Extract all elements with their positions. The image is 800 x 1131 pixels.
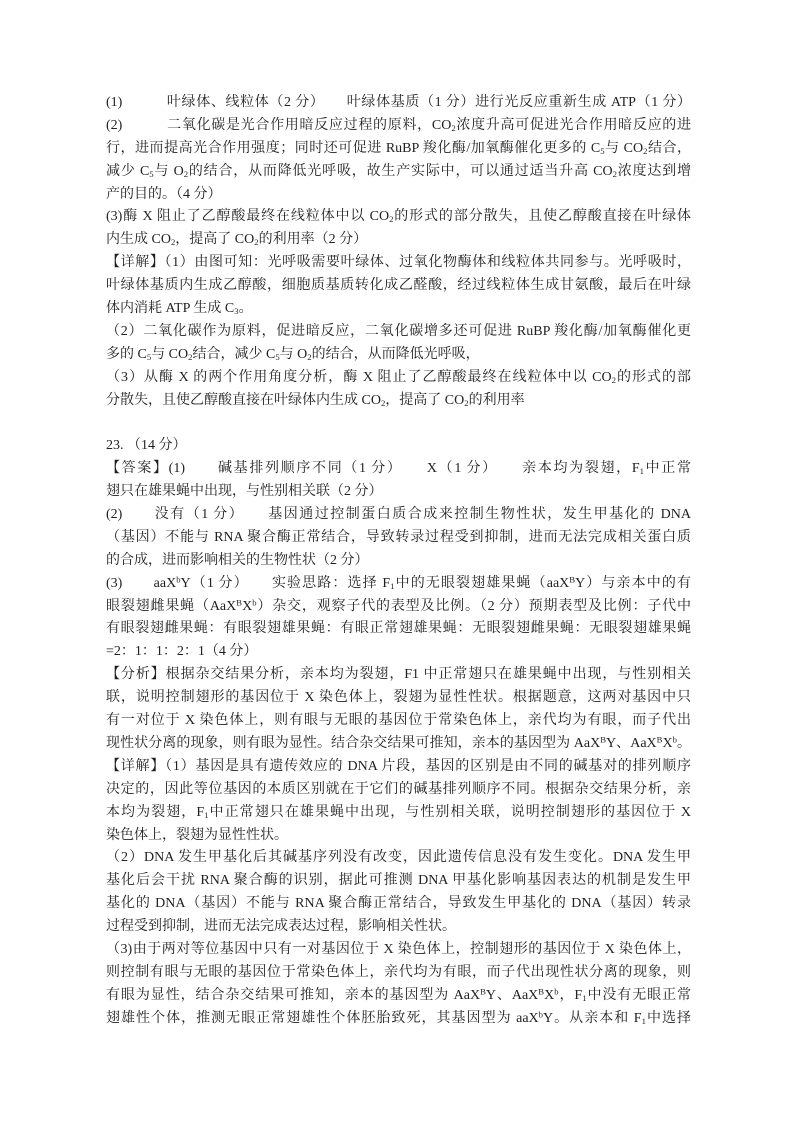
text-line: 23. （14 分） <box>106 435 691 458</box>
text-run: 结合， <box>647 141 691 156</box>
text-run: 内生成 CO <box>106 232 171 247</box>
text-run: Y、AaX <box>606 736 657 751</box>
text-line: （2）DNA 发生甲基化后其碱基序列没有改变，因此遗传信息没有发生变化。DNA … <box>106 847 691 870</box>
text-run: 叶绿体基质内生成乙醇酸，细胞质基质转化成乙醛酸，经过线粒体生成甘氨酸，最后在叶绿 <box>106 278 691 293</box>
text-run: 中正常翅只在雄果蝇中出现，与性别相关联，说明控制翅形的基因位于 X <box>208 805 691 820</box>
text-run: ）杂交，观察子代的表型及比例。（2 分）预期表型及比例：子代中 <box>257 599 691 614</box>
text-run: （2）DNA 发生甲基化后其碱基序列没有改变，因此遗传信息没有发生变化。DNA … <box>106 850 691 865</box>
text-run: 产的目的。（4 分） <box>106 187 222 202</box>
text-line: 翅只在雄果蝇中出现，与性别相关联（2 分） <box>106 481 691 504</box>
text-run: ，提高了 CO <box>175 232 254 247</box>
text-run: 结合，减少 C <box>192 347 275 362</box>
text-run: 翅雄性个体，推测无眼正常翅雄性个体胚胎致死，其基因型为 aaX <box>106 1011 539 1026</box>
text-line: 决定的，因此等位基因的本质区别就在于它们的碱基排列顺序不同。根据杂交结果分析，亲 <box>106 779 691 802</box>
text-run: 【详解】（1）基因是具有遗传效应的 DNA 片段，基因的区别是由不同的碱基对的排… <box>106 759 691 774</box>
text-run: 23. （14 分） <box>106 438 187 453</box>
text-run: 体内消耗 ATP 生成 C <box>106 301 234 316</box>
text-line: 【分析】根据杂交结果分析，亲本均为裂翅，F1 中正常翅只在雄果蝇中出现，与性别相… <box>106 664 691 687</box>
text-line: 减少 C5与 O2的结合，从而降低光呼吸，故生产实际中，可以通过适当升高 CO2… <box>106 161 691 184</box>
text-run: （3)由于两对等位基因中只有一对基因位于 X 染色体上，控制翅形的基因位于 X … <box>106 942 691 957</box>
text-run: 则控制有眼与无眼的基因位于常染色体上，亲代均为有眼，而子代出现性状分离的现象，则 <box>106 965 691 980</box>
text-line: 叶绿体基质内生成乙醇酸，细胞质基质转化成乙醛酸，经过线粒体生成甘氨酸，最后在叶绿 <box>106 275 691 298</box>
text-run: 【详解】（1）由图可知：光呼吸需要叶绿体、过氧化物酶体和线粒体共同参与。光呼吸时… <box>106 255 691 270</box>
text-line: （基因）不能与 RNA 聚合酶正常结合，导致转录过程受到抑制，进而无法完成相关蛋… <box>106 527 691 550</box>
text-line: （2）二氧化碳作为原料，促进暗反应，二氧化碳增多还可促进 RuBP 羧化酶/加氧… <box>106 321 691 344</box>
text-run: 中正常 <box>644 461 691 476</box>
text-run: 染色体上，裂翅为显性性状。 <box>106 828 288 843</box>
text-run: =2：1：1：2：1（4 分） <box>106 644 257 659</box>
text-run: （基因）不能与 RNA 聚合酶正常结合，导致转录过程受到抑制，进而无法完成相关蛋… <box>106 530 691 545</box>
text-line: 有眼为显性，结合杂交结果可推知，亲本的基因型为 AaXBY、AaXBXb，F1中… <box>106 985 691 1008</box>
blank-line <box>106 412 691 435</box>
text-run: 与 O <box>154 164 184 179</box>
document-body: (1) 叶绿体、线粒体（2 分） 叶绿体基质（1 分）进行光反应重新生成 ATP… <box>106 92 691 1031</box>
text-line: 现性状分离的现象，则有眼为显性。结合杂交结果可推知，亲本的基因型为 AaXBY、… <box>106 733 691 756</box>
text-line: =2：1：1：2：1（4 分） <box>106 641 691 664</box>
text-run: 【分析】根据杂交结果分析，亲本均为裂翅，F1 中正常翅只在雄果蝇中出现，与性别相… <box>106 667 691 682</box>
text-line: 体内消耗 ATP 生成 C3。 <box>106 298 691 321</box>
text-line: 过程受到抑制，进而无法完成表达过程，影响相关性状。 <box>106 916 691 939</box>
text-run: 浓度升高可促进光合作用暗反应的进 <box>456 118 691 133</box>
text-line: 眼裂翅雌果蝇（AaXBXb）杂交，观察子代的表型及比例。（2 分）预期表型及比例… <box>106 596 691 619</box>
text-line: 染色体上，裂翅为显性性状。 <box>106 825 691 848</box>
text-run: Y（1 分） 实验思路：选择 F <box>181 576 391 591</box>
text-line: 多的 C5与 CO2结合，减少 C5与 O2的结合，从而降低光呼吸， <box>106 344 691 367</box>
text-run: 的形式的部分散失，且使乙醇酸直接在叶绿体 <box>393 209 691 224</box>
text-run: 的利用率（2 分） <box>259 232 368 247</box>
text-run: 行，进而提高光合作用强度；同时还可促进 RuBP 羧化酶/加氧酶催化更多的 C <box>106 141 600 156</box>
text-run: 【答案】(1) 碱基排列顺序不同（1 分） X（1 分） 亲本均为裂翅，F <box>106 461 640 476</box>
text-run: ，提高了 CO <box>385 393 464 408</box>
text-line: 【详解】（1）基因是具有遗传效应的 DNA 片段，基因的区别是由不同的碱基对的排… <box>106 756 691 779</box>
text-run: 中没有无眼正常 <box>587 988 691 1003</box>
text-line: （3）从酶 X 的两个作用角度分析，酶 X 阻止了乙醇酸最终在线粒体中以 CO2… <box>106 367 691 390</box>
document-page: (1) 叶绿体、线粒体（2 分） 叶绿体基质（1 分）进行光反应重新生成 ATP… <box>0 0 800 1131</box>
text-run: 眼裂翅雌果蝇（AaX <box>106 599 236 614</box>
text-run: 多的 C <box>106 347 147 362</box>
text-run: (2) 没有（1 分） 基因通过控制蛋白质合成来控制生物性状，发生甲基化的 DN… <box>106 507 691 522</box>
text-run: 的结合，从而降低光呼吸，故生产实际中，可以通过适当升高 CO <box>188 164 613 179</box>
text-run: 联，说明控制翅形的基因位于 X 染色体上，裂翅为显性性状。根据题意，这两对基因中… <box>106 690 691 705</box>
text-run: 。 <box>239 301 253 316</box>
text-run: X <box>662 736 672 751</box>
text-line: 的合成，进而影响相关的生物性状（2 分） <box>106 550 691 573</box>
text-run: 的结合，从而降低光呼吸， <box>312 347 480 362</box>
text-line: 则控制有眼与无眼的基因位于常染色体上，亲代均为有眼，而子代出现性状分离的现象，则 <box>106 962 691 985</box>
text-line: 基化后会干扰 RNA 聚合酶的识别，据此可推测 DNA 甲基化影响基因表达的机制… <box>106 870 691 893</box>
text-line: 本均为裂翅，F1中正常翅只在雄果蝇中出现，与性别相关联，说明控制翅形的基因位于 … <box>106 802 691 825</box>
text-run: Y。从亲本和 F <box>543 1011 642 1026</box>
text-run: 浓度达到增 <box>617 164 691 179</box>
text-line: （3)由于两对等位基因中只有一对基因位于 X 染色体上，控制翅形的基因位于 X … <box>106 939 691 962</box>
text-run: (3) aaX <box>106 576 176 591</box>
text-line: 分散失，且使乙醇酸直接在叶绿体内生成 CO2，提高了 CO2的利用率 <box>106 390 691 413</box>
text-run: 的形式的部 <box>616 370 691 385</box>
text-line: 内生成 CO2，提高了 CO2的利用率（2 分） <box>106 229 691 252</box>
text-line: (3)酶 X 阻止了乙醇酸最终在线粒体中以 CO2的形式的部分散失，且使乙醇酸直… <box>106 206 691 229</box>
text-run: 分散失，且使乙醇酸直接在叶绿体内生成 CO <box>106 393 381 408</box>
text-line: 产的目的。（4 分） <box>106 184 691 207</box>
text-run: 基化后会干扰 RNA 聚合酶的识别，据此可推测 DNA 甲基化影响基因表达的机制… <box>106 873 691 888</box>
text-run: 过程受到抑制，进而无法完成表达过程，影响相关性状。 <box>106 919 456 934</box>
text-line: (1) 叶绿体、线粒体（2 分） 叶绿体基质（1 分）进行光反应重新生成 ATP… <box>106 92 691 115</box>
text-run: 与 CO <box>605 141 644 156</box>
text-run: 中的无眼裂翅雄果蝇（aaX <box>394 576 569 591</box>
text-run: 中选择 <box>646 1011 691 1026</box>
text-line: 联，说明控制翅形的基因位于 X 染色体上，裂翅为显性性状。根据题意，这两对基因中… <box>106 687 691 710</box>
text-line: (2) 没有（1 分） 基因通过控制蛋白质合成来控制生物性状，发生甲基化的 DN… <box>106 504 691 527</box>
text-run: 翅只在雄果蝇中出现，与性别相关联（2 分） <box>106 484 383 499</box>
text-run: 的利用率 <box>469 393 525 408</box>
text-run: 有眼裂翅雌果蝇：有眼裂翅雄果蝇：有眼正常翅雄果蝇：无眼裂翅雌果蝇：无眼裂翅雄果蝇 <box>106 621 691 636</box>
text-line: 有一对位于 X 染色体上，则有眼与无眼的基因位于常染色体上，亲代均为有眼，而子代… <box>106 710 691 733</box>
text-line: 【答案】(1) 碱基排列顺序不同（1 分） X（1 分） 亲本均为裂翅，F1中正… <box>106 458 691 481</box>
text-run: ，F <box>559 988 583 1003</box>
text-run: 本均为裂翅，F <box>106 805 204 820</box>
text-line: 【详解】（1）由图可知：光呼吸需要叶绿体、过氧化物酶体和线粒体共同参与。光呼吸时… <box>106 252 691 275</box>
text-run: 与 CO <box>151 347 188 362</box>
text-run: 减少 C <box>106 164 149 179</box>
text-run: X <box>242 599 252 614</box>
text-run: （3）从酶 X 的两个作用角度分析，酶 X 阻止了乙醇酸最终在线粒体中以 CO <box>106 370 612 385</box>
text-run: X <box>544 988 554 1003</box>
text-line: 翅雄性个体，推测无眼正常翅雄性个体胚胎致死，其基因型为 aaXbY。从亲本和 F… <box>106 1008 691 1031</box>
text-run: (3)酶 X 阻止了乙醇酸最终在线粒体中以 CO <box>106 209 389 224</box>
text-run: （2）二氧化碳作为原料，促进暗反应，二氧化碳增多还可促进 RuBP 羧化酶/加氧… <box>106 324 691 339</box>
text-run: 。 <box>677 736 691 751</box>
text-line: 行，进而提高光合作用强度；同时还可促进 RuBP 羧化酶/加氧酶催化更多的 C5… <box>106 138 691 161</box>
text-run: 现性状分离的现象，则有眼为显性。结合杂交结果可推知，亲本的基因型为 AaX <box>106 736 600 751</box>
text-run: 决定的，因此等位基因的本质区别就在于它们的碱基排列顺序不同。根据杂交结果分析，亲 <box>106 782 691 797</box>
text-line: (2) 二氧化碳是光合作用暗反应过程的原料，CO2浓度升高可促进光合作用暗反应的… <box>106 115 691 138</box>
text-run: 与 O <box>280 347 308 362</box>
text-run: 有眼为显性，结合杂交结果可推知，亲本的基因型为 AaX <box>106 988 480 1003</box>
text-line: (3) aaXbY（1 分） 实验思路：选择 F1中的无眼裂翅雄果蝇（aaXBY… <box>106 573 691 596</box>
text-line: 基化的 DNA（基因）不能与 RNA 聚合酶正常结合，导致发生甲基化的 DNA（… <box>106 893 691 916</box>
text-run: (1) 叶绿体、线粒体（2 分） 叶绿体基质（1 分）进行光反应重新生成 ATP… <box>106 95 691 110</box>
text-run: 有一对位于 X 染色体上，则有眼与无眼的基因位于常染色体上，亲代均为有眼，而子代… <box>106 713 691 728</box>
text-run: 基化的 DNA（基因）不能与 RNA 聚合酶正常结合，导致发生甲基化的 DNA（… <box>106 896 691 911</box>
text-line: 有眼裂翅雌果蝇：有眼裂翅雄果蝇：有眼正常翅雄果蝇：无眼裂翅雌果蝇：无眼裂翅雄果蝇 <box>106 618 691 641</box>
text-run: Y、AaX <box>486 988 538 1003</box>
text-run: (2) 二氧化碳是光合作用暗反应过程的原料，CO <box>106 118 451 133</box>
text-run: 的合成，进而影响相关的生物性状（2 分） <box>106 553 369 568</box>
text-run: Y）与亲本中的有 <box>575 576 691 591</box>
